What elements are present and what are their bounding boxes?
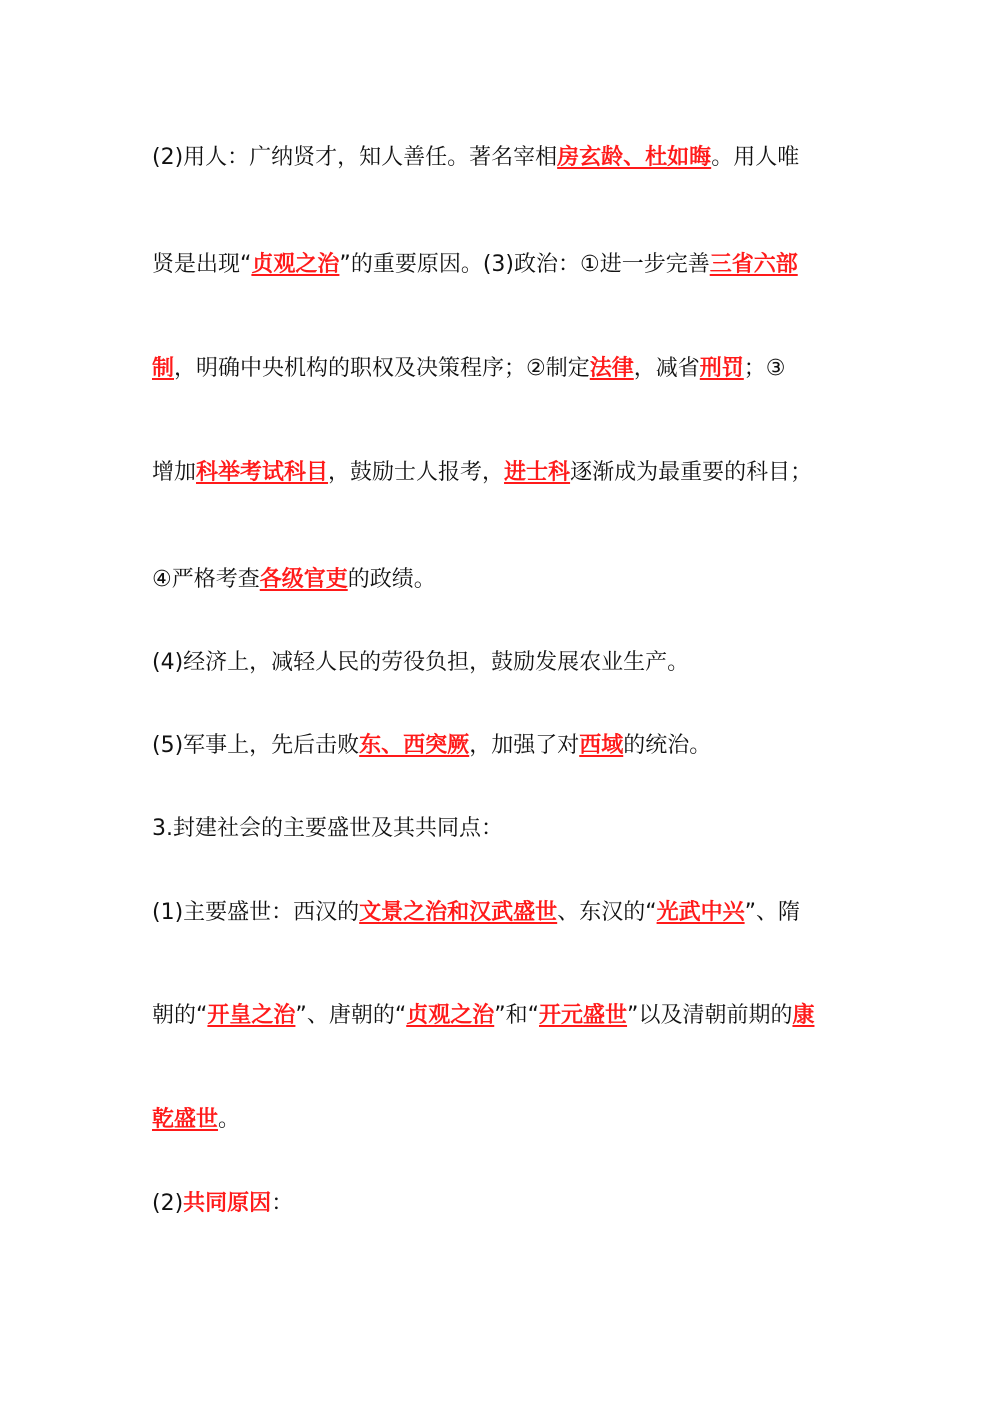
- text-segment: 的统治。: [623, 733, 711, 758]
- text-segment: 、东汉的“: [557, 900, 656, 925]
- text-segment: (5)军事上，先后击败: [152, 733, 359, 758]
- highlighted-term: 光武中兴: [657, 900, 745, 925]
- text-segment: 。: [218, 1107, 240, 1132]
- text-segment: 逐渐成为最重要的科目；: [570, 460, 812, 485]
- highlighted-term: 文景之治和汉武盛世: [359, 900, 557, 925]
- text-segment: ，减省: [634, 356, 700, 381]
- text-segment: 贤是出现“: [152, 252, 251, 277]
- text-segment: (1)主要盛世：西汉的: [152, 900, 359, 925]
- text-line-9: (1)主要盛世：西汉的文景之治和汉武盛世、东汉的“光武中兴”、隋: [152, 898, 800, 928]
- emphasized-term: 共同原因: [183, 1191, 271, 1216]
- document-page: (2)用人：广纳贤才，知人善任。著名宰相房玄龄、杜如晦。用人唯 贤是出现“贞观之…: [0, 0, 1000, 1415]
- highlighted-term: 开元盛世: [539, 1003, 627, 1028]
- text-segment: 3.封建社会的主要盛世及其共同点：: [152, 816, 503, 841]
- text-segment: (2)用人：广纳贤才，知人善任。著名宰相: [152, 145, 557, 170]
- highlighted-term: 刑罚: [700, 356, 744, 381]
- highlighted-term: 制: [152, 356, 174, 381]
- highlighted-term: 乾盛世: [152, 1107, 218, 1132]
- text-segment: ：: [271, 1191, 293, 1216]
- text-line-4: 增加科举考试科目，鼓励士人报考，进士科逐渐成为最重要的科目；: [152, 458, 812, 488]
- text-segment: ”、唐朝的“: [295, 1003, 406, 1028]
- text-segment: (2): [152, 1191, 183, 1216]
- text-line-10: 朝的“开皇之治”、唐朝的“贞观之治”和“开元盛世”以及清朝前期的康: [152, 1001, 814, 1031]
- text-segment: 。用人唯: [711, 145, 799, 170]
- highlighted-term: 东、西突厥: [359, 733, 469, 758]
- text-segment: ”和“: [494, 1003, 539, 1028]
- highlighted-term: 进士科: [504, 460, 570, 485]
- text-line-12: (2)共同原因：: [152, 1189, 293, 1219]
- highlighted-term: 法律: [590, 356, 634, 381]
- text-segment: 的政绩。: [348, 567, 436, 592]
- text-segment: ”以及清朝前期的: [627, 1003, 792, 1028]
- text-line-2: 贤是出现“贞观之治”的重要原因。(3)政治：①进一步完善三省六部: [152, 250, 798, 280]
- text-segment: (4)经济上，减轻人民的劳役负担，鼓励发展农业生产。: [152, 650, 689, 675]
- text-segment: 增加: [152, 460, 196, 485]
- text-segment: ”的重要原因。(3)政治：①进一步完善: [339, 252, 709, 277]
- text-line-5: ④严格考查各级官吏的政绩。: [152, 565, 436, 595]
- highlighted-term: 贞观之治: [406, 1003, 494, 1028]
- highlighted-term: 西域: [579, 733, 623, 758]
- text-line-7: (5)军事上，先后击败东、西突厥，加强了对西域的统治。: [152, 731, 711, 761]
- text-segment: ，加强了对: [469, 733, 579, 758]
- text-segment: ；③: [744, 356, 786, 381]
- text-line-6: (4)经济上，减轻人民的劳役负担，鼓励发展农业生产。: [152, 648, 689, 678]
- text-segment: ，明确中央机构的职权及决策程序；②制定: [174, 356, 590, 381]
- text-segment: ④严格考查: [152, 567, 260, 592]
- text-segment: ”、隋: [745, 900, 800, 925]
- highlighted-term: 科举考试科目: [196, 460, 328, 485]
- text-line-3: 制，明确中央机构的职权及决策程序；②制定法律，减省刑罚；③: [152, 354, 786, 384]
- highlighted-term: 三省六部: [710, 252, 798, 277]
- text-segment: ，鼓励士人报考，: [328, 460, 504, 485]
- highlighted-term: 贞观之治: [251, 252, 339, 277]
- highlighted-term: 康: [792, 1003, 814, 1028]
- text-line-1: (2)用人：广纳贤才，知人善任。著名宰相房玄龄、杜如晦。用人唯: [152, 143, 799, 173]
- highlighted-term: 房玄龄、杜如晦: [557, 145, 711, 170]
- highlighted-term: 各级官吏: [260, 567, 348, 592]
- section-heading: 3.封建社会的主要盛世及其共同点：: [152, 814, 503, 844]
- text-line-11: 乾盛世。: [152, 1105, 240, 1135]
- text-segment: 朝的“: [152, 1003, 207, 1028]
- highlighted-term: 开皇之治: [207, 1003, 295, 1028]
